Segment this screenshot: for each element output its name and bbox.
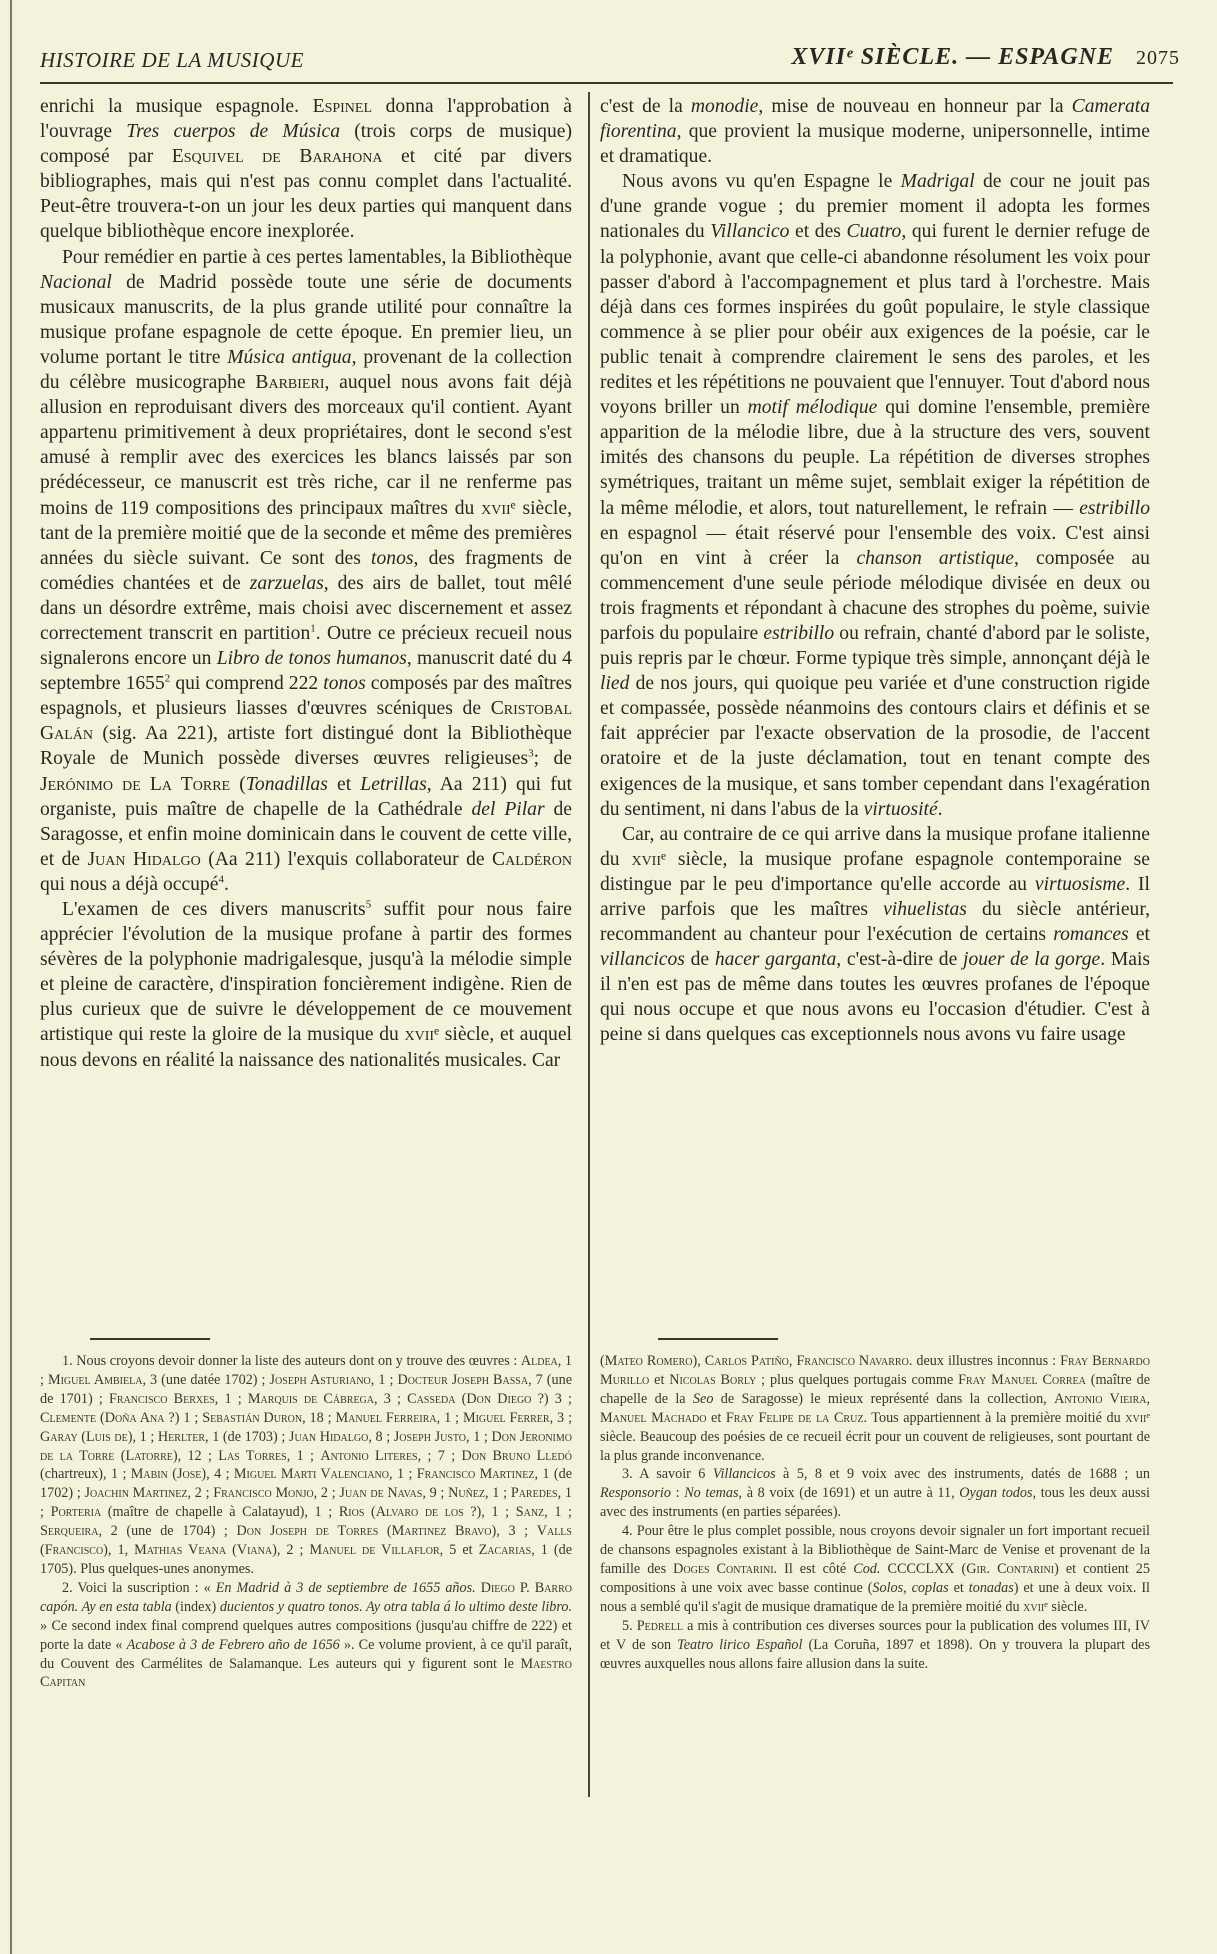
italic-term: estribillo (1079, 498, 1150, 519)
text-run: , 5 et (440, 1542, 479, 1558)
proper-name: Joseph Justo (394, 1429, 466, 1445)
text-run: 2. Voici la suscription : « (62, 1580, 216, 1596)
text-run: à 5, 8 et 9 voix avec des instruments, d… (776, 1466, 1150, 1482)
text-run: 3 ; (549, 1391, 572, 1407)
italic-term: virtuosité (864, 799, 938, 820)
proper-name: Marquis de Cábrega (248, 1391, 374, 1407)
running-head: HISTOIRE DE LA MUSIQUE XVIIᵉ SIÈCLE. — E… (40, 44, 1180, 74)
proper-name: Herlter (158, 1429, 205, 1445)
text-run: , 1 ; (287, 1448, 321, 1464)
text-run: , (1146, 1391, 1150, 1407)
proper-name: Espinel (313, 96, 372, 117)
body-column-left: enrichi la musique espagnole. Espinel do… (40, 94, 572, 1073)
text-run: ), (692, 1353, 704, 1369)
proper-name: xvii (481, 498, 511, 519)
proper-name: Rios (Alvaro de los ?) (339, 1504, 481, 1520)
proper-name: Carlos Patiño (705, 1353, 789, 1369)
italic-term: virtuosisme (1035, 874, 1125, 895)
text-run: , 1 ; (481, 1504, 515, 1520)
text-run: c'est de la (600, 96, 691, 117)
italic-term: estribillo (763, 623, 834, 644)
text-run: , 2 ; (314, 1485, 340, 1501)
proper-name: Manuel Machado (600, 1410, 706, 1426)
proper-name: Juan Hidalgo (289, 1429, 368, 1445)
proper-name: Manuel Ferreira (336, 1410, 437, 1426)
text-run: ; de (534, 748, 572, 769)
proper-name: Casseda (Don Diego ?) (407, 1391, 548, 1407)
running-head-chapter: XVIIᵉ SIÈCLE. — ESPAGNE (791, 44, 1114, 70)
proper-name: xvii (631, 849, 661, 870)
text-run: et (949, 1580, 969, 1596)
text-run: ᵉ siècle. (1044, 1599, 1087, 1615)
italic-term: vihuelistas (883, 899, 967, 920)
paragraph: Pour remédier en partie à ces pertes lam… (40, 245, 572, 897)
text-run: 5. (622, 1618, 637, 1634)
proper-name: Docteur Joseph Bassa (398, 1372, 529, 1388)
proper-name: Mateo Romero (605, 1353, 693, 1369)
text-run: (Aa 211) l'exquis collaborateur de (201, 849, 492, 870)
text-run: (index) (172, 1599, 220, 1615)
text-run: . Tous appartiennent à la première moiti… (863, 1410, 1125, 1426)
proper-name: Garay (Luis de) (40, 1429, 132, 1445)
proper-name: Caldéron (492, 849, 572, 870)
italic-term: tonos (323, 673, 365, 694)
text-run: ; plus quelques portugais comme (756, 1372, 958, 1388)
running-head-title: HISTOIRE DE LA MUSIQUE (40, 48, 304, 73)
proper-name: Miguel Ambiela (48, 1372, 142, 1388)
text-run: , à 8 voix (de 1691) et un autre à 11, (739, 1485, 960, 1501)
proper-name: Manuel de Villaflor (309, 1542, 439, 1558)
text-run: , 1 ; (485, 1485, 511, 1501)
text-run: , 1 ; (215, 1391, 248, 1407)
footnotes-right: (Mateo Romero), Carlos Patiño, Francisco… (600, 1352, 1150, 1673)
text-run: enrichi la musique espagnole. (40, 96, 313, 117)
proper-name: Fray Felipe de la Cruz (726, 1410, 864, 1426)
text-run: de (685, 949, 715, 970)
proper-name: Nicolas Borly (669, 1372, 756, 1388)
text-run: , 2 ; (187, 1485, 213, 1501)
text-run: CCCCLXX ( (880, 1561, 966, 1577)
italic-term: Teatro lirico Español (677, 1637, 802, 1653)
proper-name: Barbieri (255, 372, 324, 393)
text-run: , 1 ; (437, 1410, 463, 1426)
paragraph: 5. Pedrell a mis à contribution ces dive… (600, 1617, 1150, 1674)
italic-term: Cuatro (847, 221, 902, 242)
proper-name: Juan de Navas (339, 1485, 422, 1501)
text-run: , 18 ; (302, 1410, 335, 1426)
proper-name: Clemente (Doña Ana ?) (40, 1410, 179, 1426)
italic-term: Música antigua (227, 347, 351, 368)
text-run: , 1 (de 1703) ; (205, 1429, 289, 1445)
proper-name: Antonio Literes (320, 1448, 417, 1464)
proper-name: Diego P. Barro (481, 1580, 572, 1596)
proper-name: Juan Hidalgo (88, 849, 201, 870)
paragraph: 2. Voici la suscription : « En Madrid à … (40, 1579, 572, 1692)
text-run: , ; 7 ; (418, 1448, 462, 1464)
proper-name: Esquivel de Barahona (172, 146, 383, 167)
paragraph: 4. Pour être le plus complet possible, n… (600, 1522, 1150, 1617)
text-run: , qui furent le dernier refuge de la pol… (600, 221, 1150, 418)
italic-term: Villancicos (713, 1466, 776, 1482)
italic-term: zarzuelas (250, 573, 324, 594)
italic-term: hacer garganta (715, 949, 836, 970)
text-run: (chartreux), 1 ; (40, 1466, 131, 1482)
text-run: , 12 ; (178, 1448, 219, 1464)
text-run: , 1, (108, 1542, 134, 1558)
footnote-rule-left (90, 1338, 210, 1340)
proper-name: Don Bruno Lledó (461, 1448, 572, 1464)
text-run: , 3 ; (374, 1391, 407, 1407)
text-run: , 4 ; (206, 1466, 234, 1482)
header-rule (40, 82, 1173, 84)
text-run: , c'est-à-dire de (836, 949, 963, 970)
italic-term: capón. Ay en esta tabla (40, 1599, 172, 1615)
paragraph: Car, au contraire de ce qui arrive dans … (600, 822, 1150, 1048)
proper-name: Porteria (51, 1504, 102, 1520)
text-run: qui comprend 222 (170, 673, 323, 694)
italic-term: Oygan todos (959, 1485, 1032, 1501)
italic-term: Letrillas (360, 774, 426, 795)
italic-term: Cod. (853, 1561, 880, 1577)
text-run: , 3 (une datée 1702) ; (142, 1372, 269, 1388)
proper-name: Mathias Veana (Viana) (134, 1542, 277, 1558)
proper-name: Fray Manuel Correa (958, 1372, 1086, 1388)
italic-term: chanson artistique (856, 548, 1014, 569)
text-run: , 1 ; (389, 1466, 417, 1482)
proper-name: Nuñez (448, 1485, 485, 1501)
text-run: de Saragosse) le mieux représenté dans l… (713, 1391, 1054, 1407)
proper-name: xvii (1023, 1599, 1044, 1615)
italic-term: Tres cuerpos de Música (126, 121, 340, 142)
paragraph: L'examen de ces divers manuscrits5 suffi… (40, 897, 572, 1073)
italic-term: romances (1053, 924, 1128, 945)
proper-name: Francisco Navarro (796, 1353, 908, 1369)
text-run: (sig. Aa 221), artiste fort distingué do… (40, 723, 572, 769)
italic-term: Nacional (40, 272, 112, 293)
text-run: et des (789, 221, 846, 242)
proper-name: Doges Contarini (673, 1561, 773, 1577)
proper-name: Paredes (511, 1485, 558, 1501)
proper-name: Antonio Vieira (1054, 1391, 1146, 1407)
text-run: , que provient la musique moderne, unipe… (600, 121, 1150, 167)
italic-term: ducientos y quatro tonos. Ay otra tabla … (220, 1599, 572, 1615)
paragraph: 1. Nous croyons devoir donner la liste d… (40, 1352, 572, 1579)
proper-name: xvii (1125, 1410, 1146, 1426)
text-run: Nous avons vu qu'en Espagne le (622, 171, 901, 192)
text-run: , 8 ; (368, 1429, 393, 1445)
text-run: , 3 ; (496, 1523, 536, 1539)
italic-term: Tonadillas (246, 774, 328, 795)
text-run: et (1129, 924, 1150, 945)
text-run: . (938, 799, 943, 820)
text-run: . Il est côté (774, 1561, 854, 1577)
text-run: , mise de nouveau en honneur par la (758, 96, 1071, 117)
text-run: , 3 ; (550, 1410, 572, 1426)
proper-name: Jerónimo de La Torre (40, 774, 230, 795)
italic-term: En Madrid à 3 de septiembre de 1655 años… (216, 1580, 476, 1596)
paragraph: 3. A savoir 6 Villancicos à 5, 8 et 9 vo… (600, 1465, 1150, 1522)
proper-name: Zacarias (479, 1542, 532, 1558)
paragraph: Nous avons vu qu'en Espagne le Madrigal … (600, 169, 1150, 821)
italic-term: No temas (684, 1485, 738, 1501)
text-run: , 1 ; (132, 1429, 157, 1445)
proper-name: Gir. Contarini (966, 1561, 1054, 1577)
proper-name: Joseph Asturiano (270, 1372, 371, 1388)
italic-term: Villancico (710, 221, 789, 242)
text-run: et (328, 774, 360, 795)
italic-term: Responsorio (600, 1485, 671, 1501)
proper-name: Don Joseph de Torres (Martinez Bravo) (237, 1523, 497, 1539)
text-run: qui nous a déjà occupé (40, 874, 218, 895)
proper-name: Miguel Ferrer (463, 1410, 550, 1426)
page-number: 2075 (1136, 47, 1180, 69)
proper-name: Francisco Berxes (109, 1391, 215, 1407)
footnote-rule-right (658, 1338, 778, 1340)
text-run: , 2 (une de 1704) ; (98, 1523, 236, 1539)
text-run: , 9 ; (422, 1485, 448, 1501)
text-run: 1 ; (179, 1410, 202, 1426)
italic-term: motif mélodique (748, 397, 878, 418)
italic-term: Seo (693, 1391, 714, 1407)
italic-term: Madrigal (901, 171, 975, 192)
text-run: , 2 ; (277, 1542, 310, 1558)
page-binding-edge (10, 0, 12, 1954)
italic-term: villancicos (600, 949, 685, 970)
paragraph: c'est de la monodie, mise de nouveau en … (600, 94, 1150, 169)
text-run: et (706, 1410, 725, 1426)
italic-term: tonadas (969, 1580, 1014, 1596)
proper-name: Aldea (521, 1353, 558, 1369)
proper-name: Las Torres (218, 1448, 286, 1464)
proper-name: Joachin Martinez (85, 1485, 188, 1501)
proper-name: xvii (405, 1024, 435, 1045)
proper-name: Francisco Martinez (417, 1466, 535, 1482)
italic-term: jouer de la gorge (963, 949, 1100, 970)
proper-name: Sanz (516, 1504, 544, 1520)
text-run: . (224, 874, 229, 895)
proper-name: Serqueira (40, 1523, 98, 1539)
body-column-right: c'est de la monodie, mise de nouveau en … (600, 94, 1150, 1048)
text-run: L'examen de ces divers manuscrits (62, 899, 366, 920)
italic-term: Solos, coplas (872, 1580, 948, 1596)
italic-term: monodie (691, 96, 758, 117)
italic-term: Libro de tonos humanos (217, 648, 407, 669)
italic-term: lied (600, 673, 629, 694)
italic-term: Acabose à 3 de Febrero año de 1656 (127, 1637, 340, 1653)
text-run: , 1 ; (544, 1504, 572, 1520)
paragraph: (Mateo Romero), Carlos Patiño, Francisco… (600, 1352, 1150, 1465)
text-run: ( (230, 774, 246, 795)
text-run: 1. Nous croyons devoir donner la liste d… (62, 1353, 521, 1369)
column-divider (588, 92, 590, 1797)
proper-name: Pedrell (637, 1618, 683, 1634)
text-run: 3. A savoir 6 (622, 1466, 713, 1482)
italic-term: tonos (371, 548, 413, 569)
italic-term: del Pilar (471, 799, 544, 820)
proper-name: Miguel Marti Valenciano (234, 1466, 389, 1482)
proper-name: Sebastián Duron (202, 1410, 302, 1426)
paragraph: enrichi la musique espagnole. Espinel do… (40, 94, 572, 245)
text-run: . deux illustres inconnus : (909, 1353, 1060, 1369)
running-head-section: XVIIᵉ SIÈCLE. — ESPAGNE2075 (791, 44, 1180, 71)
proper-name: Francisco Monjo (213, 1485, 313, 1501)
text-run: , 1 ; (371, 1372, 398, 1388)
text-run: Pour remédier en partie à ces pertes lam… (62, 247, 572, 268)
proper-name: Mabin (Jose) (131, 1466, 206, 1482)
text-run: , 1 ; (466, 1429, 491, 1445)
text-run: (maître de chapelle à Calatayud), 1 ; (101, 1504, 339, 1520)
text-run: et (649, 1372, 669, 1388)
footnotes-left: 1. Nous croyons devoir donner la liste d… (40, 1352, 572, 1692)
text-run: : (671, 1485, 684, 1501)
